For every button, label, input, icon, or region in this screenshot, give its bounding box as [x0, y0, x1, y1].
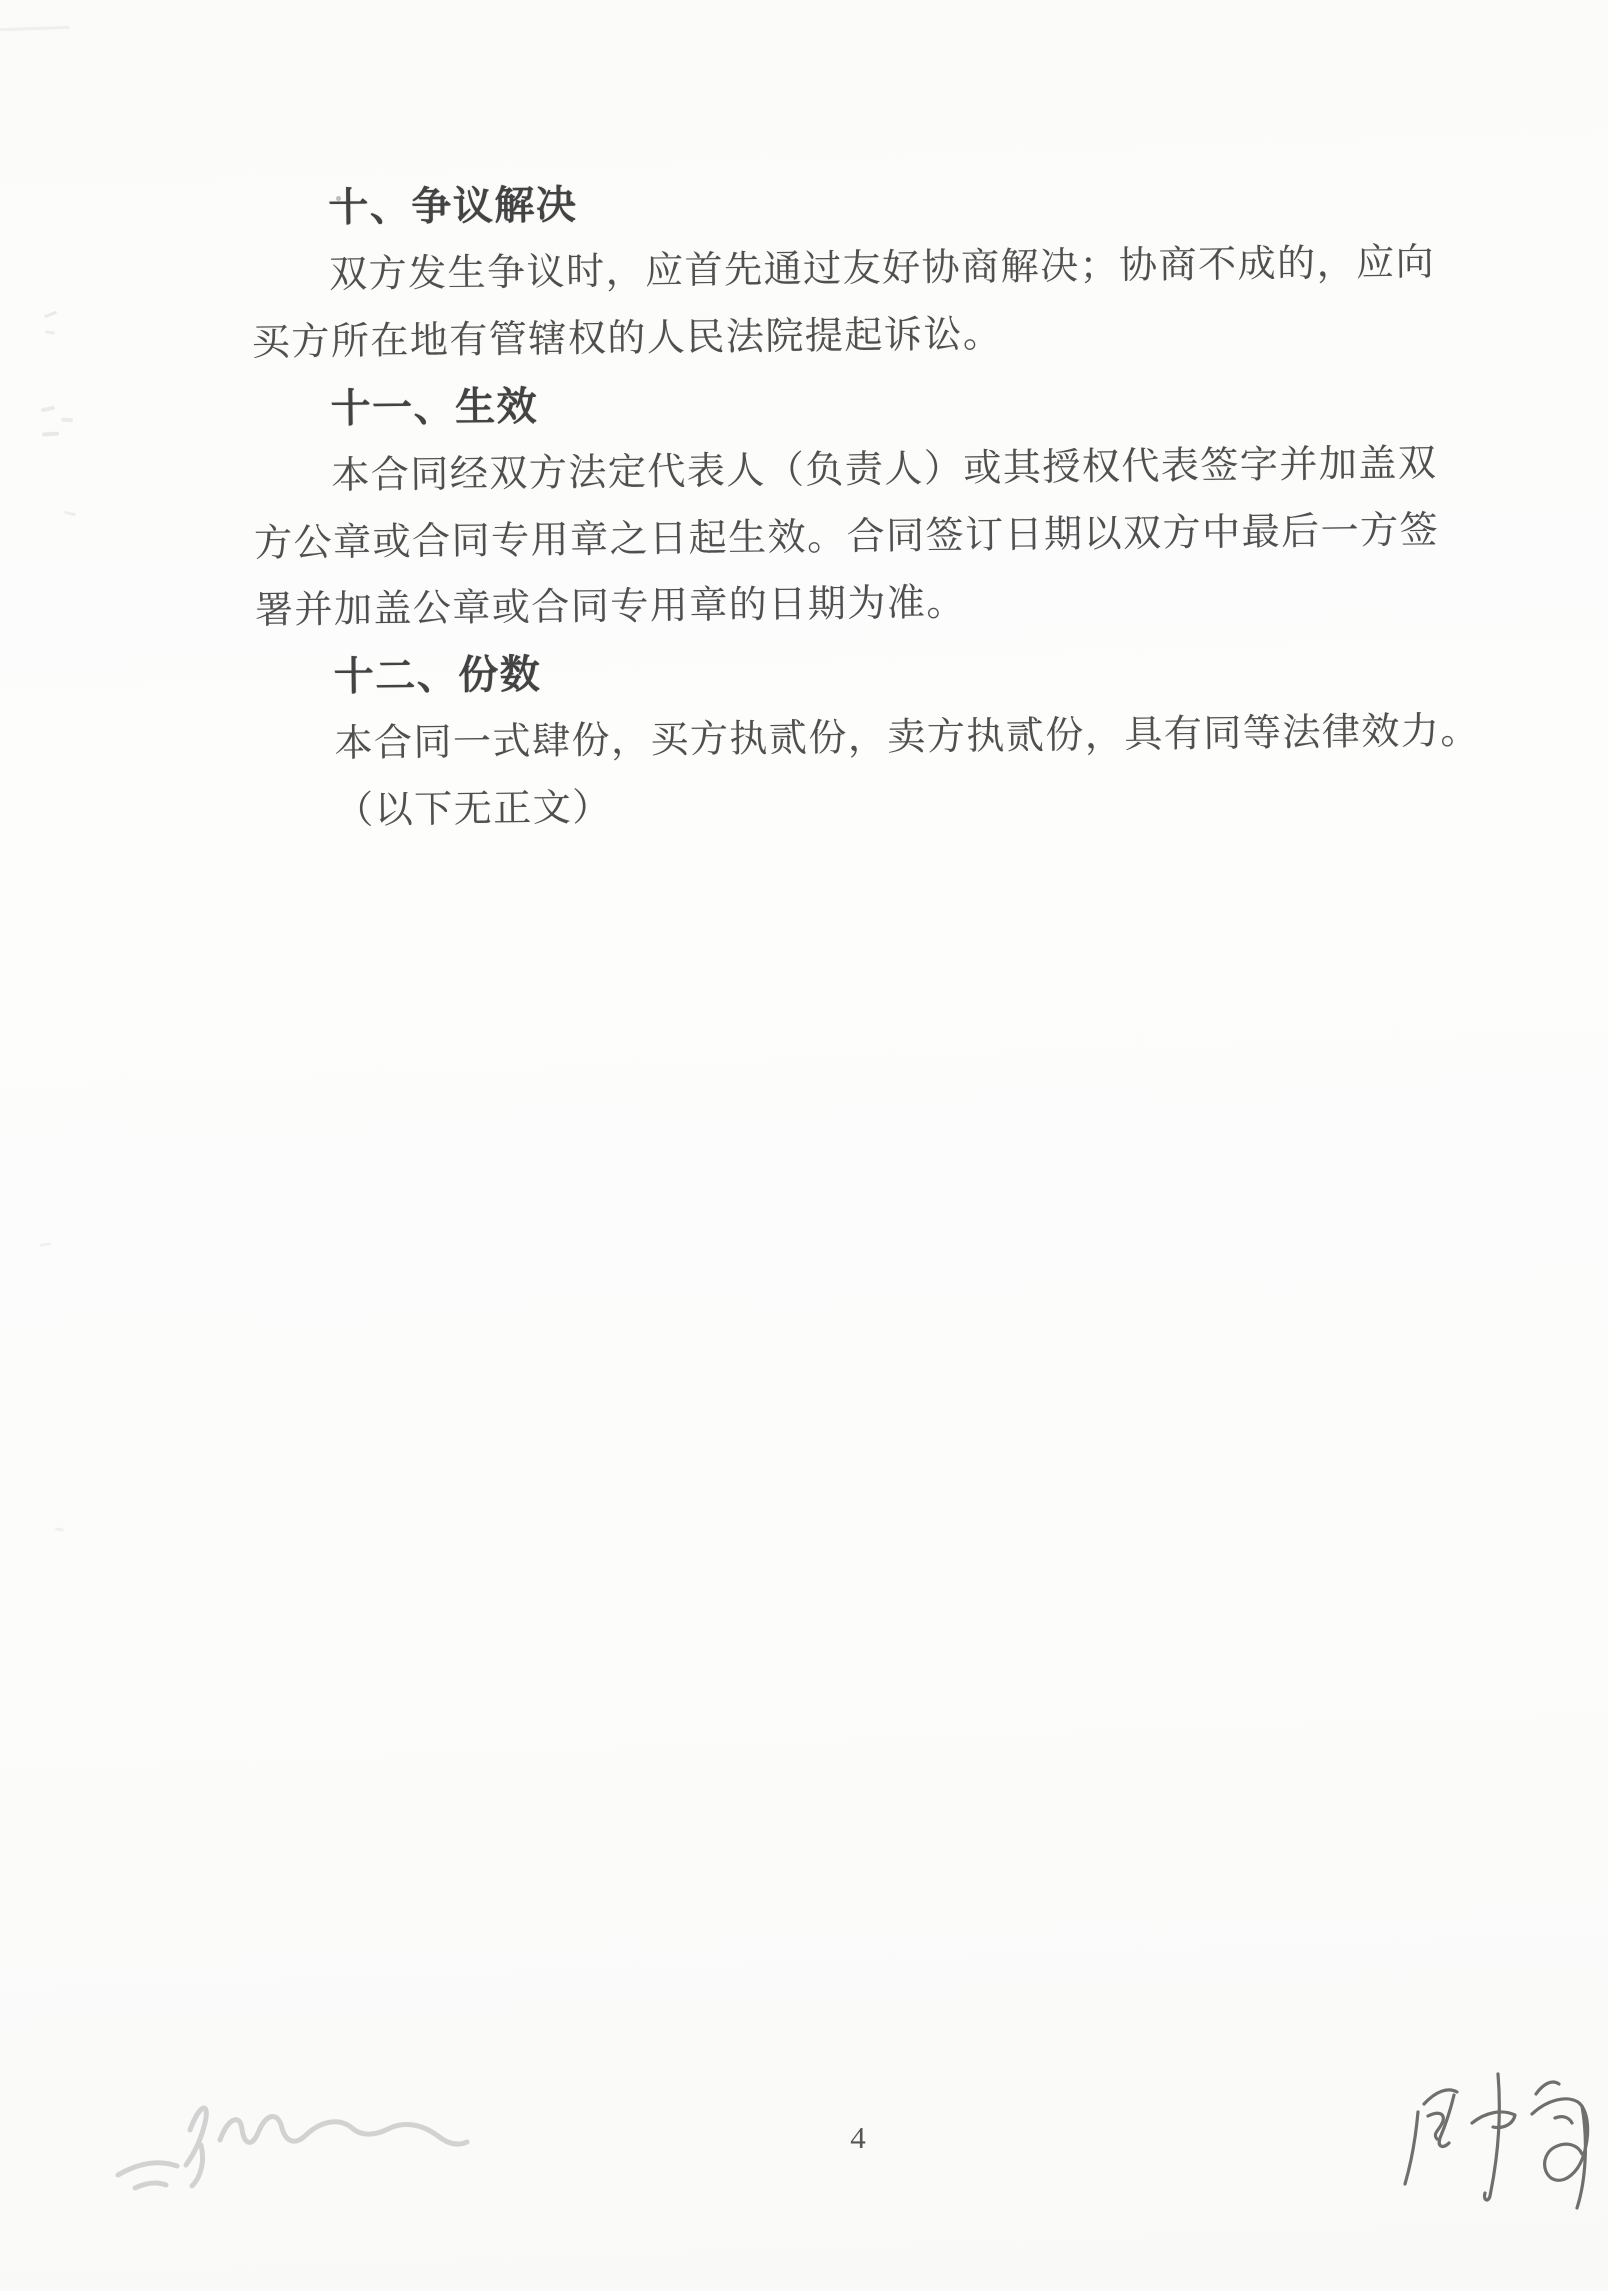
- signature-stroke: [1536, 2082, 1559, 2094]
- scan-speck: [45, 330, 55, 334]
- scan-speck: [44, 311, 57, 319]
- scan-speck: [41, 406, 56, 413]
- scanned-contract-page: 十、争议解决 双方发生争议时，应首先通过友好协商解决；协商不成的，应向 买方所在…: [0, 0, 1608, 2291]
- scan-speck: [336, 196, 341, 201]
- scan-speck: [55, 1527, 64, 1532]
- signature-stroke: [1532, 2099, 1588, 2180]
- handwritten-signature: [1390, 2048, 1608, 2223]
- closing-note: （以下无正文）: [257, 765, 1518, 846]
- pencil-stroke: [135, 2183, 166, 2188]
- pencil-stroke: [220, 2117, 467, 2144]
- body-line: 双方发生争议时，应首先通过友好协商解决；协商不成的，应向: [251, 229, 1512, 310]
- scan-speck: [64, 511, 76, 517]
- body-line: 方公章或合同专用章之日起生效。合同签订日期以双方中最后一方签: [254, 497, 1515, 578]
- scan-speck: [61, 418, 73, 423]
- pencil-stroke: [118, 2163, 177, 2175]
- scan-speck: [40, 1242, 51, 1247]
- signature-stroke: [1485, 2074, 1500, 2200]
- signature-stroke: [1555, 2117, 1572, 2123]
- signature-stroke: [1577, 2106, 1585, 2208]
- contract-body: 十、争议解决 双方发生争议时，应首先通过友好协商解决；协商不成的，应向 买方所在…: [250, 162, 1518, 846]
- signature-stroke: [1472, 2112, 1515, 2128]
- signature-stroke: [1405, 2112, 1418, 2184]
- pencil-scribble-annotation: [100, 2085, 500, 2205]
- page-number: 4: [830, 2120, 886, 2156]
- scan-speck: [0, 26, 70, 31]
- body-line: 本合同一式肆份，买方执贰份，卖方执贰份，具有同等法律效力。: [256, 698, 1517, 779]
- scan-speck: [42, 432, 59, 437]
